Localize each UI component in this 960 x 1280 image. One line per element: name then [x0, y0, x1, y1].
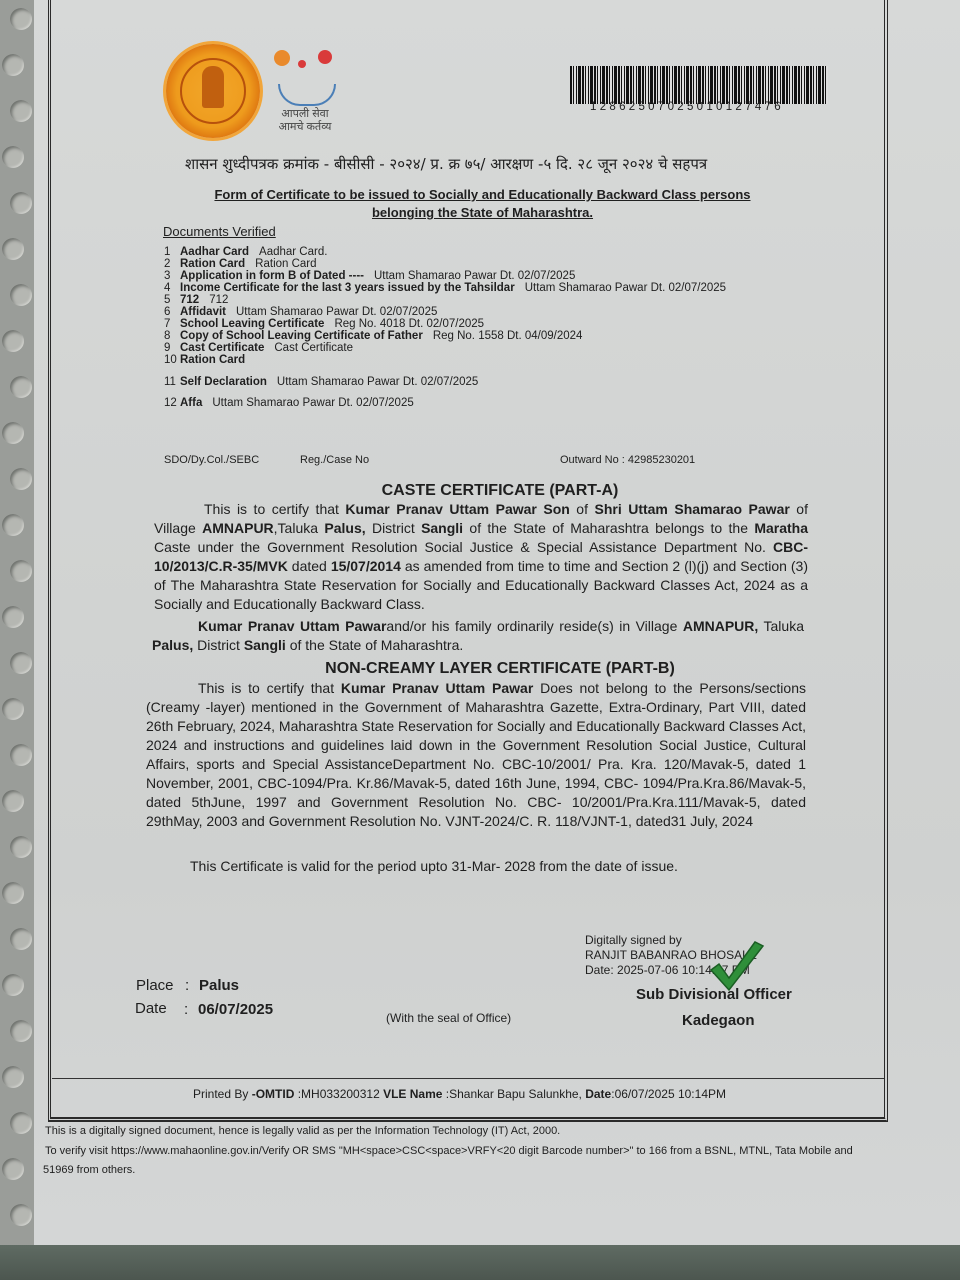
binder-hole [2, 606, 24, 628]
date-label: Date [135, 1000, 167, 1017]
place-colon: : [185, 977, 189, 994]
binder-hole [10, 744, 32, 766]
document-item: 6AffidavitUttam Shamarao Pawar Dt. 02/07… [164, 306, 437, 318]
binder-hole [2, 698, 24, 720]
case-no-label: Reg./Case No [300, 454, 369, 466]
form-title-line2: belonging the State of Maharashtra. [150, 204, 815, 222]
logo-text-2: आमचे कर्तव्य [272, 121, 338, 134]
binder-hole [10, 100, 32, 122]
documents-verified-title: Documents Verified [163, 224, 276, 239]
part-a-title: CASTE CERTIFICATE (PART-A) [150, 482, 850, 500]
binder-hole [2, 330, 24, 352]
place-label: Place [136, 977, 174, 994]
binder-hole [10, 836, 32, 858]
binder-hole [10, 1112, 32, 1134]
binder-hole [2, 238, 24, 260]
print-info: Printed By -OMTID :MH033200312 VLE Name … [193, 1087, 726, 1101]
maharashtra-seal-icon [166, 44, 260, 138]
verify-note: To verify visit https://www.mahaonline.g… [45, 1145, 853, 1157]
aaple-sarkar-logo-icon: आपली सेवाआमचे कर्तव्य [272, 48, 338, 140]
binder-strip [0, 0, 34, 1280]
part-b-title: NON-CREAMY LAYER CERTIFICATE (PART-B) [150, 660, 850, 678]
binder-hole [2, 54, 24, 76]
binder-hole [10, 1020, 32, 1042]
binder-hole [10, 1204, 32, 1226]
document-item: 2Ration CardRation Card [164, 258, 317, 270]
legal-note: This is a digitally signed document, hen… [45, 1125, 560, 1137]
place-value: Palus [199, 977, 239, 994]
footer-divider [52, 1078, 884, 1079]
binder-hole [10, 8, 32, 30]
form-title: Form of Certificate to be issued to Soci… [150, 186, 815, 222]
barcode-icon [570, 66, 828, 104]
part-b-paragraph: This is to certify that Kumar Pranav Utt… [146, 679, 806, 831]
validity-text: This Certificate is valid for the period… [190, 858, 678, 874]
binder-hole [10, 468, 32, 490]
binder-hole [10, 652, 32, 674]
designation: Sub Divisional Officer [636, 986, 792, 1003]
binder-hole [10, 928, 32, 950]
form-title-line1: Form of Certificate to be issued to Soci… [150, 186, 815, 204]
binder-hole [2, 882, 24, 904]
document-item: 3Application in form B of Dated ----Utta… [164, 270, 575, 282]
binder-hole [2, 146, 24, 168]
binder-hole [2, 1158, 24, 1180]
part-a-paragraph: This is to certify that Kumar Pranav Utt… [154, 500, 808, 614]
document-item: 8Copy of School Leaving Certificate of F… [164, 330, 582, 342]
document-item: 9Cast CertificateCast Certificate [164, 342, 353, 354]
binder-hole [2, 514, 24, 536]
binder-hole [2, 1066, 24, 1088]
binder-hole [10, 560, 32, 582]
marathi-reference: शासन शुध्दीपत्रक क्रमांक - बीसीसी - २०२४… [185, 154, 707, 174]
office-location: Kadegaon [682, 1012, 755, 1029]
binder-hole [2, 422, 24, 444]
date-value: 06/07/2025 [198, 1001, 273, 1018]
background-surface [0, 1245, 960, 1280]
document-item: 4Income Certificate for the last 3 years… [164, 282, 726, 294]
verify-note-2: 51969 from others. [43, 1164, 135, 1176]
document-item: 10Ration Card [164, 354, 255, 366]
office-code: SDO/Dy.Col./SEBC [164, 454, 259, 466]
binder-hole [2, 974, 24, 996]
seal-note: (With the seal of Office) [386, 1011, 511, 1025]
document-item: 5712712 [164, 294, 228, 306]
document-item: 12AffaUttam Shamarao Pawar Dt. 02/07/202… [164, 397, 414, 409]
binder-hole [10, 192, 32, 214]
document-item: 11Self DeclarationUttam Shamarao Pawar D… [164, 376, 478, 388]
outward-no-value: 42985230201 [628, 454, 695, 466]
document-item: 1Aadhar CardAadhar Card. [164, 246, 327, 258]
binder-hole [2, 790, 24, 812]
document-item: 7School Leaving CertificateReg No. 4018 … [164, 318, 484, 330]
binder-hole [10, 376, 32, 398]
date-colon: : [184, 1001, 188, 1018]
logo-text-1: आपली सेवा [272, 108, 338, 121]
outward-no: Outward No : 42985230201 [560, 454, 695, 466]
residence-paragraph: Kumar Pranav Uttam Pawarand/or his famil… [152, 617, 804, 655]
barcode-number: 12862507025010127476 [590, 101, 784, 113]
binder-hole [10, 284, 32, 306]
